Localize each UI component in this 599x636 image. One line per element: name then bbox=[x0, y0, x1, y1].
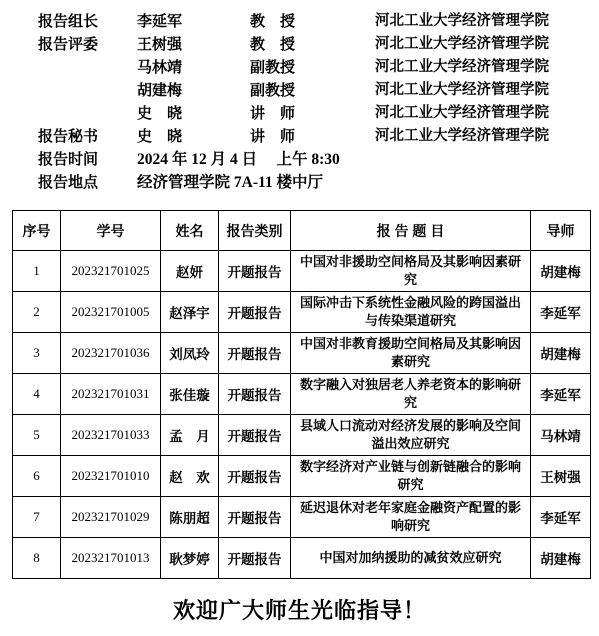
cell-report-title: 国际冲击下系统性金融风险的跨国溢出与传染渠道研究 bbox=[291, 292, 531, 333]
table-row: 8 202321701013 耿梦婷 开题报告 中国对加纳援助的减贫效应研究 胡… bbox=[13, 538, 591, 579]
person-title: 教 授 bbox=[250, 10, 375, 33]
person-name: 史 晓 bbox=[137, 102, 250, 125]
cell-name: 赵泽宇 bbox=[161, 292, 219, 333]
person-org: 河北工业大学经济管理学院 bbox=[375, 125, 599, 148]
cell-advisor: 王树强 bbox=[531, 456, 591, 497]
report-location-value: 经济管理学院 7A-11 楼中厅 bbox=[137, 171, 599, 194]
cell-advisor: 李延军 bbox=[531, 497, 591, 538]
cell-student-id: 202321701033 bbox=[61, 415, 161, 456]
cell-name: 赵 欢 bbox=[161, 456, 219, 497]
info-label bbox=[38, 56, 137, 79]
cell-no: 3 bbox=[13, 333, 61, 374]
cell-no: 5 bbox=[13, 415, 61, 456]
info-row-location: 报告地点 经济管理学院 7A-11 楼中厅 bbox=[0, 171, 599, 194]
cell-report-title: 中国对非教育援助空间格局及其影响因素研究 bbox=[291, 333, 531, 374]
header-cell-report-type: 报告类别 bbox=[219, 211, 291, 251]
cell-student-id: 202321701031 bbox=[61, 374, 161, 415]
cell-name: 陈朋超 bbox=[161, 497, 219, 538]
person-org: 河北工业大学经济管理学院 bbox=[375, 33, 599, 56]
report-schedule-table: 序号 学号 姓名 报告类别 报 告 题 目 导师 1 202321701025 … bbox=[12, 210, 591, 579]
table-row: 6 202321701010 赵 欢 开题报告 数字经济对产业链与创新链融合的影… bbox=[13, 456, 591, 497]
cell-advisor: 李延军 bbox=[531, 292, 591, 333]
person-org: 河北工业大学经济管理学院 bbox=[375, 56, 599, 79]
cell-no: 1 bbox=[13, 251, 61, 292]
info-label bbox=[38, 79, 137, 102]
person-name: 胡建梅 bbox=[137, 79, 250, 102]
person-org: 河北工业大学经济管理学院 bbox=[375, 10, 599, 33]
table-row: 7 202321701029 陈朋超 开题报告 延迟退休对老年家庭金融资产配置的… bbox=[13, 497, 591, 538]
cell-report-title: 县域人口流动对经济发展的影响及空间溢出效应研究 bbox=[291, 415, 531, 456]
table-row: 4 202321701031 张佳璇 开题报告 数字融入对独居老人养老资本的影响… bbox=[13, 374, 591, 415]
cell-report-type: 开题报告 bbox=[219, 497, 291, 538]
report-time-value: 2024 年 12 月 4 日 上午 8:30 bbox=[137, 148, 599, 171]
cell-advisor: 胡建梅 bbox=[531, 333, 591, 374]
cell-report-type: 开题报告 bbox=[219, 415, 291, 456]
cell-report-type: 开题报告 bbox=[219, 251, 291, 292]
cell-student-id: 202321701029 bbox=[61, 497, 161, 538]
cell-no: 4 bbox=[13, 374, 61, 415]
header-cell-report-title: 报 告 题 目 bbox=[291, 211, 531, 251]
cell-report-title: 数字经济对产业链与创新链融合的影响研究 bbox=[291, 456, 531, 497]
person-title: 讲 师 bbox=[250, 125, 375, 148]
info-row-committee: 胡建梅 副教授 河北工业大学经济管理学院 bbox=[0, 79, 599, 102]
cell-student-id: 202321701025 bbox=[61, 251, 161, 292]
cell-name: 耿梦婷 bbox=[161, 538, 219, 579]
cell-report-type: 开题报告 bbox=[219, 292, 291, 333]
info-label: 报告组长 bbox=[38, 10, 137, 33]
header-cell-student-id: 学号 bbox=[61, 211, 161, 251]
cell-report-type: 开题报告 bbox=[219, 333, 291, 374]
cell-name: 赵妍 bbox=[161, 251, 219, 292]
table-header-row: 序号 学号 姓名 报告类别 报 告 题 目 导师 bbox=[13, 211, 591, 251]
header-cell-name: 姓名 bbox=[161, 211, 219, 251]
person-title: 教 授 bbox=[250, 33, 375, 56]
info-label: 报告评委 bbox=[38, 33, 137, 56]
cell-name: 刘凤玲 bbox=[161, 333, 219, 374]
table-row: 1 202321701025 赵妍 开题报告 中国对非援助空间格局及其影响因素研… bbox=[13, 251, 591, 292]
cell-advisor: 胡建梅 bbox=[531, 251, 591, 292]
info-row-committee: 马林靖 副教授 河北工业大学经济管理学院 bbox=[0, 56, 599, 79]
cell-name: 张佳璇 bbox=[161, 374, 219, 415]
table-row: 3 202321701036 刘凤玲 开题报告 中国对非教育援助空间格局及其影响… bbox=[13, 333, 591, 374]
person-name: 史 晓 bbox=[137, 125, 250, 148]
cell-student-id: 202321701036 bbox=[61, 333, 161, 374]
person-name: 李延军 bbox=[137, 10, 250, 33]
header-cell-no: 序号 bbox=[13, 211, 61, 251]
cell-student-id: 202321701005 bbox=[61, 292, 161, 333]
info-label: 报告地点 bbox=[38, 171, 137, 194]
cell-report-type: 开题报告 bbox=[219, 374, 291, 415]
cell-report-type: 开题报告 bbox=[219, 538, 291, 579]
cell-no: 7 bbox=[13, 497, 61, 538]
cell-student-id: 202321701013 bbox=[61, 538, 161, 579]
cell-no: 2 bbox=[13, 292, 61, 333]
cell-no: 6 bbox=[13, 456, 61, 497]
info-row-time: 报告时间 2024 年 12 月 4 日 上午 8:30 bbox=[0, 148, 599, 171]
cell-report-title: 数字融入对独居老人养老资本的影响研究 bbox=[291, 374, 531, 415]
table-row: 5 202321701033 孟 月 开题报告 县域人口流动对经济发展的影响及空… bbox=[13, 415, 591, 456]
cell-report-title: 中国对非援助空间格局及其影响因素研究 bbox=[291, 251, 531, 292]
info-row-committee: 报告评委 王树强 教 授 河北工业大学经济管理学院 bbox=[0, 33, 599, 56]
cell-report-title: 延迟退休对老年家庭金融资产配置的影响研究 bbox=[291, 497, 531, 538]
person-org: 河北工业大学经济管理学院 bbox=[375, 102, 599, 125]
cell-advisor: 胡建梅 bbox=[531, 538, 591, 579]
header-cell-advisor: 导师 bbox=[531, 211, 591, 251]
cell-advisor: 李延军 bbox=[531, 374, 591, 415]
person-title: 副教授 bbox=[250, 79, 375, 102]
cell-advisor: 马林靖 bbox=[531, 415, 591, 456]
person-name: 王树强 bbox=[137, 33, 250, 56]
report-info-section: 报告组长 李延军 教 授 河北工业大学经济管理学院 报告评委 王树强 教 授 河… bbox=[0, 0, 599, 194]
info-label bbox=[38, 102, 137, 125]
cell-student-id: 202321701010 bbox=[61, 456, 161, 497]
person-title: 讲 师 bbox=[250, 102, 375, 125]
person-org: 河北工业大学经济管理学院 bbox=[375, 79, 599, 102]
info-row-secretary: 报告秘书 史 晓 讲 师 河北工业大学经济管理学院 bbox=[0, 125, 599, 148]
welcome-footer-text: 欢迎广大师生光临指导！ bbox=[0, 594, 599, 625]
info-row-committee: 史 晓 讲 师 河北工业大学经济管理学院 bbox=[0, 102, 599, 125]
person-title: 副教授 bbox=[250, 56, 375, 79]
cell-report-type: 开题报告 bbox=[219, 456, 291, 497]
person-name: 马林靖 bbox=[137, 56, 250, 79]
info-label: 报告秘书 bbox=[38, 125, 137, 148]
cell-report-title: 中国对加纳援助的减贫效应研究 bbox=[291, 538, 531, 579]
announcement-page: 报告组长 李延军 教 授 河北工业大学经济管理学院 报告评委 王树强 教 授 河… bbox=[0, 0, 599, 636]
cell-no: 8 bbox=[13, 538, 61, 579]
info-label: 报告时间 bbox=[38, 148, 137, 171]
info-row-chair: 报告组长 李延军 教 授 河北工业大学经济管理学院 bbox=[0, 10, 599, 33]
table-row: 2 202321701005 赵泽宇 开题报告 国际冲击下系统性金融风险的跨国溢… bbox=[13, 292, 591, 333]
cell-name: 孟 月 bbox=[161, 415, 219, 456]
